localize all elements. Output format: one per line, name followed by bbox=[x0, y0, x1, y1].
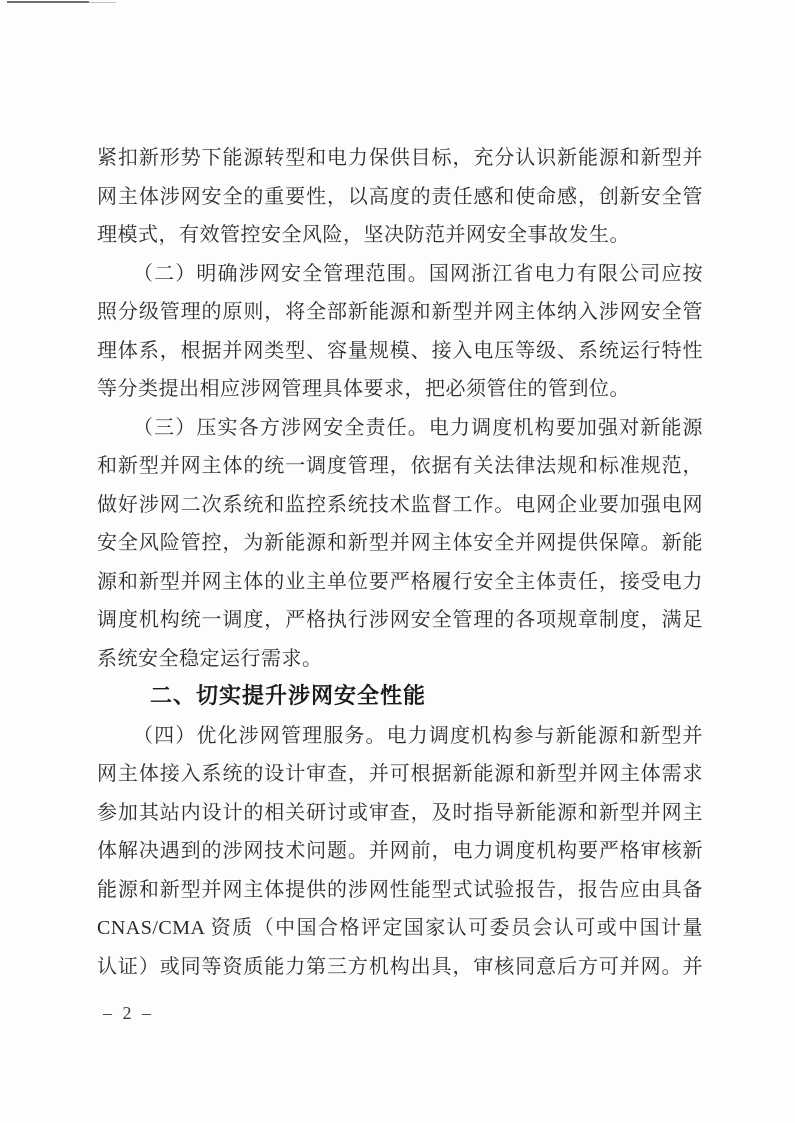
text-line: 紧扣新形势下能源转型和电力保供目标，充分认识新能源和新型并 bbox=[97, 139, 703, 178]
text-line: 调度机构统一调度，严格执行涉网安全管理的各项规章制度，满足 bbox=[97, 601, 703, 640]
text-line: 系统安全稳定运行需求。 bbox=[97, 640, 703, 679]
text-body: 紧扣新形势下能源转型和电力保供目标，充分认识新能源和新型并网主体涉网安全的重要性… bbox=[97, 139, 703, 986]
text-line: （三）压实各方涉网安全责任。电力调度机构要加强对新能源 bbox=[97, 409, 703, 448]
text-line: 网主体接入系统的设计审查，并可根据新能源和新型并网主体需求 bbox=[97, 755, 703, 794]
scan-artifact-line bbox=[7, 1, 89, 3]
text-line: 参加其站内设计的相关研讨或审查，及时指导新能源和新型并网主 bbox=[97, 794, 703, 833]
text-line: 等分类提出相应涉网管理具体要求，把必须管住的管到位。 bbox=[97, 370, 703, 409]
text-line: 安全风险管控，为新能源和新型并网主体安全并网提供保障。新能 bbox=[97, 524, 703, 563]
text-line: 做好涉网二次系统和监控系统技术监督工作。电网企业要加强电网 bbox=[97, 486, 703, 525]
text-line: 能源和新型并网主体提供的涉网性能型式试验报告，报告应由具备 bbox=[97, 871, 703, 910]
section-heading: 二、切实提升涉网安全性能 bbox=[97, 678, 703, 717]
text-line: （四）优化涉网管理服务。电力调度机构参与新能源和新型并 bbox=[97, 717, 703, 756]
page-number: – 2 – bbox=[103, 1003, 154, 1024]
text-line: 认证）或同等资质能力第三方机构出具，审核同意后方可并网。并 bbox=[97, 948, 703, 987]
text-line: 和新型并网主体的统一调度管理，依据有关法律法规和标准规范， bbox=[97, 447, 703, 486]
text-line: （二）明确涉网安全管理范围。国网浙江省电力有限公司应按 bbox=[97, 255, 703, 294]
text-line: 源和新型并网主体的业主单位要严格履行安全主体责任，接受电力 bbox=[97, 563, 703, 602]
text-line: 体解决遇到的涉网技术问题。并网前，电力调度机构要严格审核新 bbox=[97, 832, 703, 871]
text-line: 照分级管理的原则，将全部新能源和新型并网主体纳入涉网安全管 bbox=[97, 293, 703, 332]
document-page: 紧扣新形势下能源转型和电力保供目标，充分认识新能源和新型并网主体涉网安全的重要性… bbox=[0, 0, 795, 1123]
text-line: CNAS/CMA 资质（中国合格评定国家认可委员会认可或中国计量 bbox=[97, 909, 703, 948]
text-line: 网主体涉网安全的重要性，以高度的责任感和使命感，创新安全管 bbox=[97, 178, 703, 217]
scan-artifact-line-faint bbox=[88, 2, 116, 3]
text-line: 理体系，根据并网类型、容量规模、接入电压等级、系统运行特性 bbox=[97, 332, 703, 371]
text-line: 理模式，有效管控安全风险，坚决防范并网安全事故发生。 bbox=[97, 216, 703, 255]
